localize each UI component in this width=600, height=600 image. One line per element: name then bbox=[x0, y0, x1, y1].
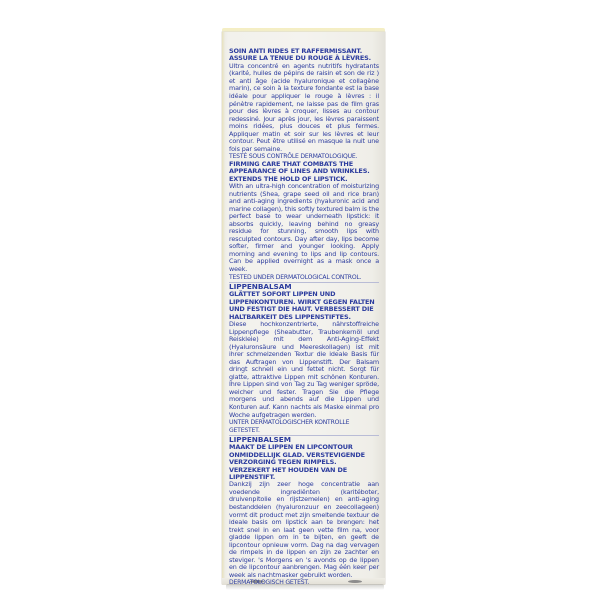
german-body: Diese hochkonzentrierte, nährstoffreiche… bbox=[229, 321, 379, 419]
dutch-headline: MAAKT DE LIPPEN EN LIPCONTOUR ONMIDDELLI… bbox=[229, 444, 379, 481]
label-text-panel: SOIN ANTI RIDES ET RAFFERMISSANT. ASSURE… bbox=[229, 48, 379, 587]
english-test-note: TESTED UNDER DERMATOLOGICAL CONTROL. bbox=[229, 274, 379, 281]
english-body: With an ultra-high concentration of mois… bbox=[229, 183, 379, 274]
box-left-edge bbox=[222, 32, 225, 584]
german-test-note: UNTER DERMATOLOGISCHER KONTROLLE GETESTE… bbox=[229, 419, 379, 434]
dutch-body: Dankzij zijn zeer hoge concentratie aan … bbox=[229, 481, 379, 579]
french-body: Ultra concentré en agents nutritifs hydr… bbox=[229, 63, 379, 154]
dutch-test-note: DERMATOLOGISCH GETEST. bbox=[229, 579, 379, 586]
section-german: LIPPENBALSAM GLÄTTET SOFORT LIPPEN UND L… bbox=[229, 283, 379, 434]
product-photo: SOIN ANTI RIDES ET RAFFERMISSANT. ASSURE… bbox=[0, 0, 600, 600]
section-french: SOIN ANTI RIDES ET RAFFERMISSANT. ASSURE… bbox=[229, 48, 379, 161]
german-headline: GLÄTTET SOFORT LIPPEN UND LIPPENKONTUREN… bbox=[229, 291, 379, 321]
section-dutch: LIPPENBALSEM MAAKT DE LIPPEN EN LIPCONTO… bbox=[229, 436, 379, 587]
french-headline: SOIN ANTI RIDES ET RAFFERMISSANT. ASSURE… bbox=[229, 48, 379, 63]
section-english: FIRMING CARE THAT COMBATS THE APPEARANCE… bbox=[229, 161, 379, 281]
english-headline: FIRMING CARE THAT COMBATS THE APPEARANCE… bbox=[229, 161, 379, 183]
